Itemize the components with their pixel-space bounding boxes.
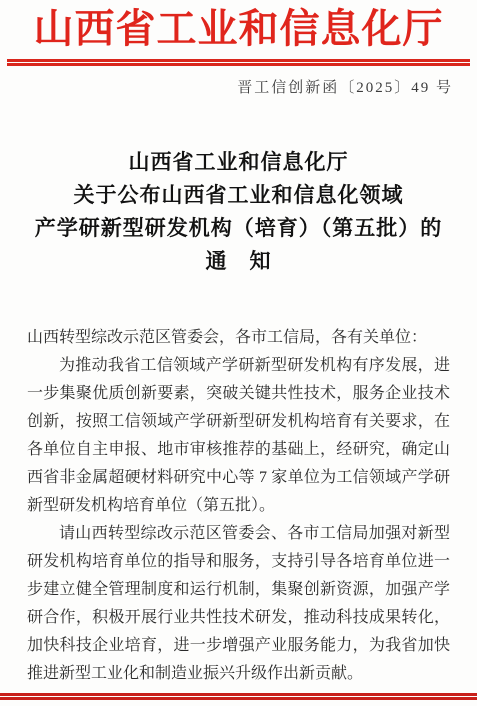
document-reference-number: 晋工信创新函〔2025〕49 号 <box>0 79 477 98</box>
notice-body: 山西转型综改示范区管委会，各市工信局，各有关单位： 为推动我省工信领域产学研新型… <box>27 324 450 688</box>
notice-title-line-3: 产学研新型研发机构（培育）（第五批）的 <box>0 212 477 245</box>
notice-title-line-4: 通 知 <box>0 245 477 278</box>
footer-double-rule <box>0 693 477 700</box>
agency-masthead: 山西省工业和信息化厅 <box>0 5 477 52</box>
header-double-rule <box>7 59 470 66</box>
notice-title: 山西省工业和信息化厅 关于公布山西省工业和信息化领域 产学研新型研发机构（培育）… <box>0 146 477 278</box>
official-document-page: 山西省工业和信息化厅 晋工信创新函〔2025〕49 号 山西省工业和信息化厅 关… <box>0 0 477 706</box>
notice-title-line-1: 山西省工业和信息化厅 <box>0 146 477 179</box>
body-paragraph-1: 为推动我省工信领域产学研新型研发机构有序发展，进一步集聚优质创新要素，突破关键共… <box>27 352 450 520</box>
notice-title-line-2: 关于公布山西省工业和信息化领域 <box>0 179 477 212</box>
body-paragraph-2: 请山西转型综改示范区管委会、各市工信局加强对新型研发机构培育单位的指导和服务，支… <box>27 520 450 688</box>
salutation-line: 山西转型综改示范区管委会，各市工信局，各有关单位： <box>27 324 450 352</box>
